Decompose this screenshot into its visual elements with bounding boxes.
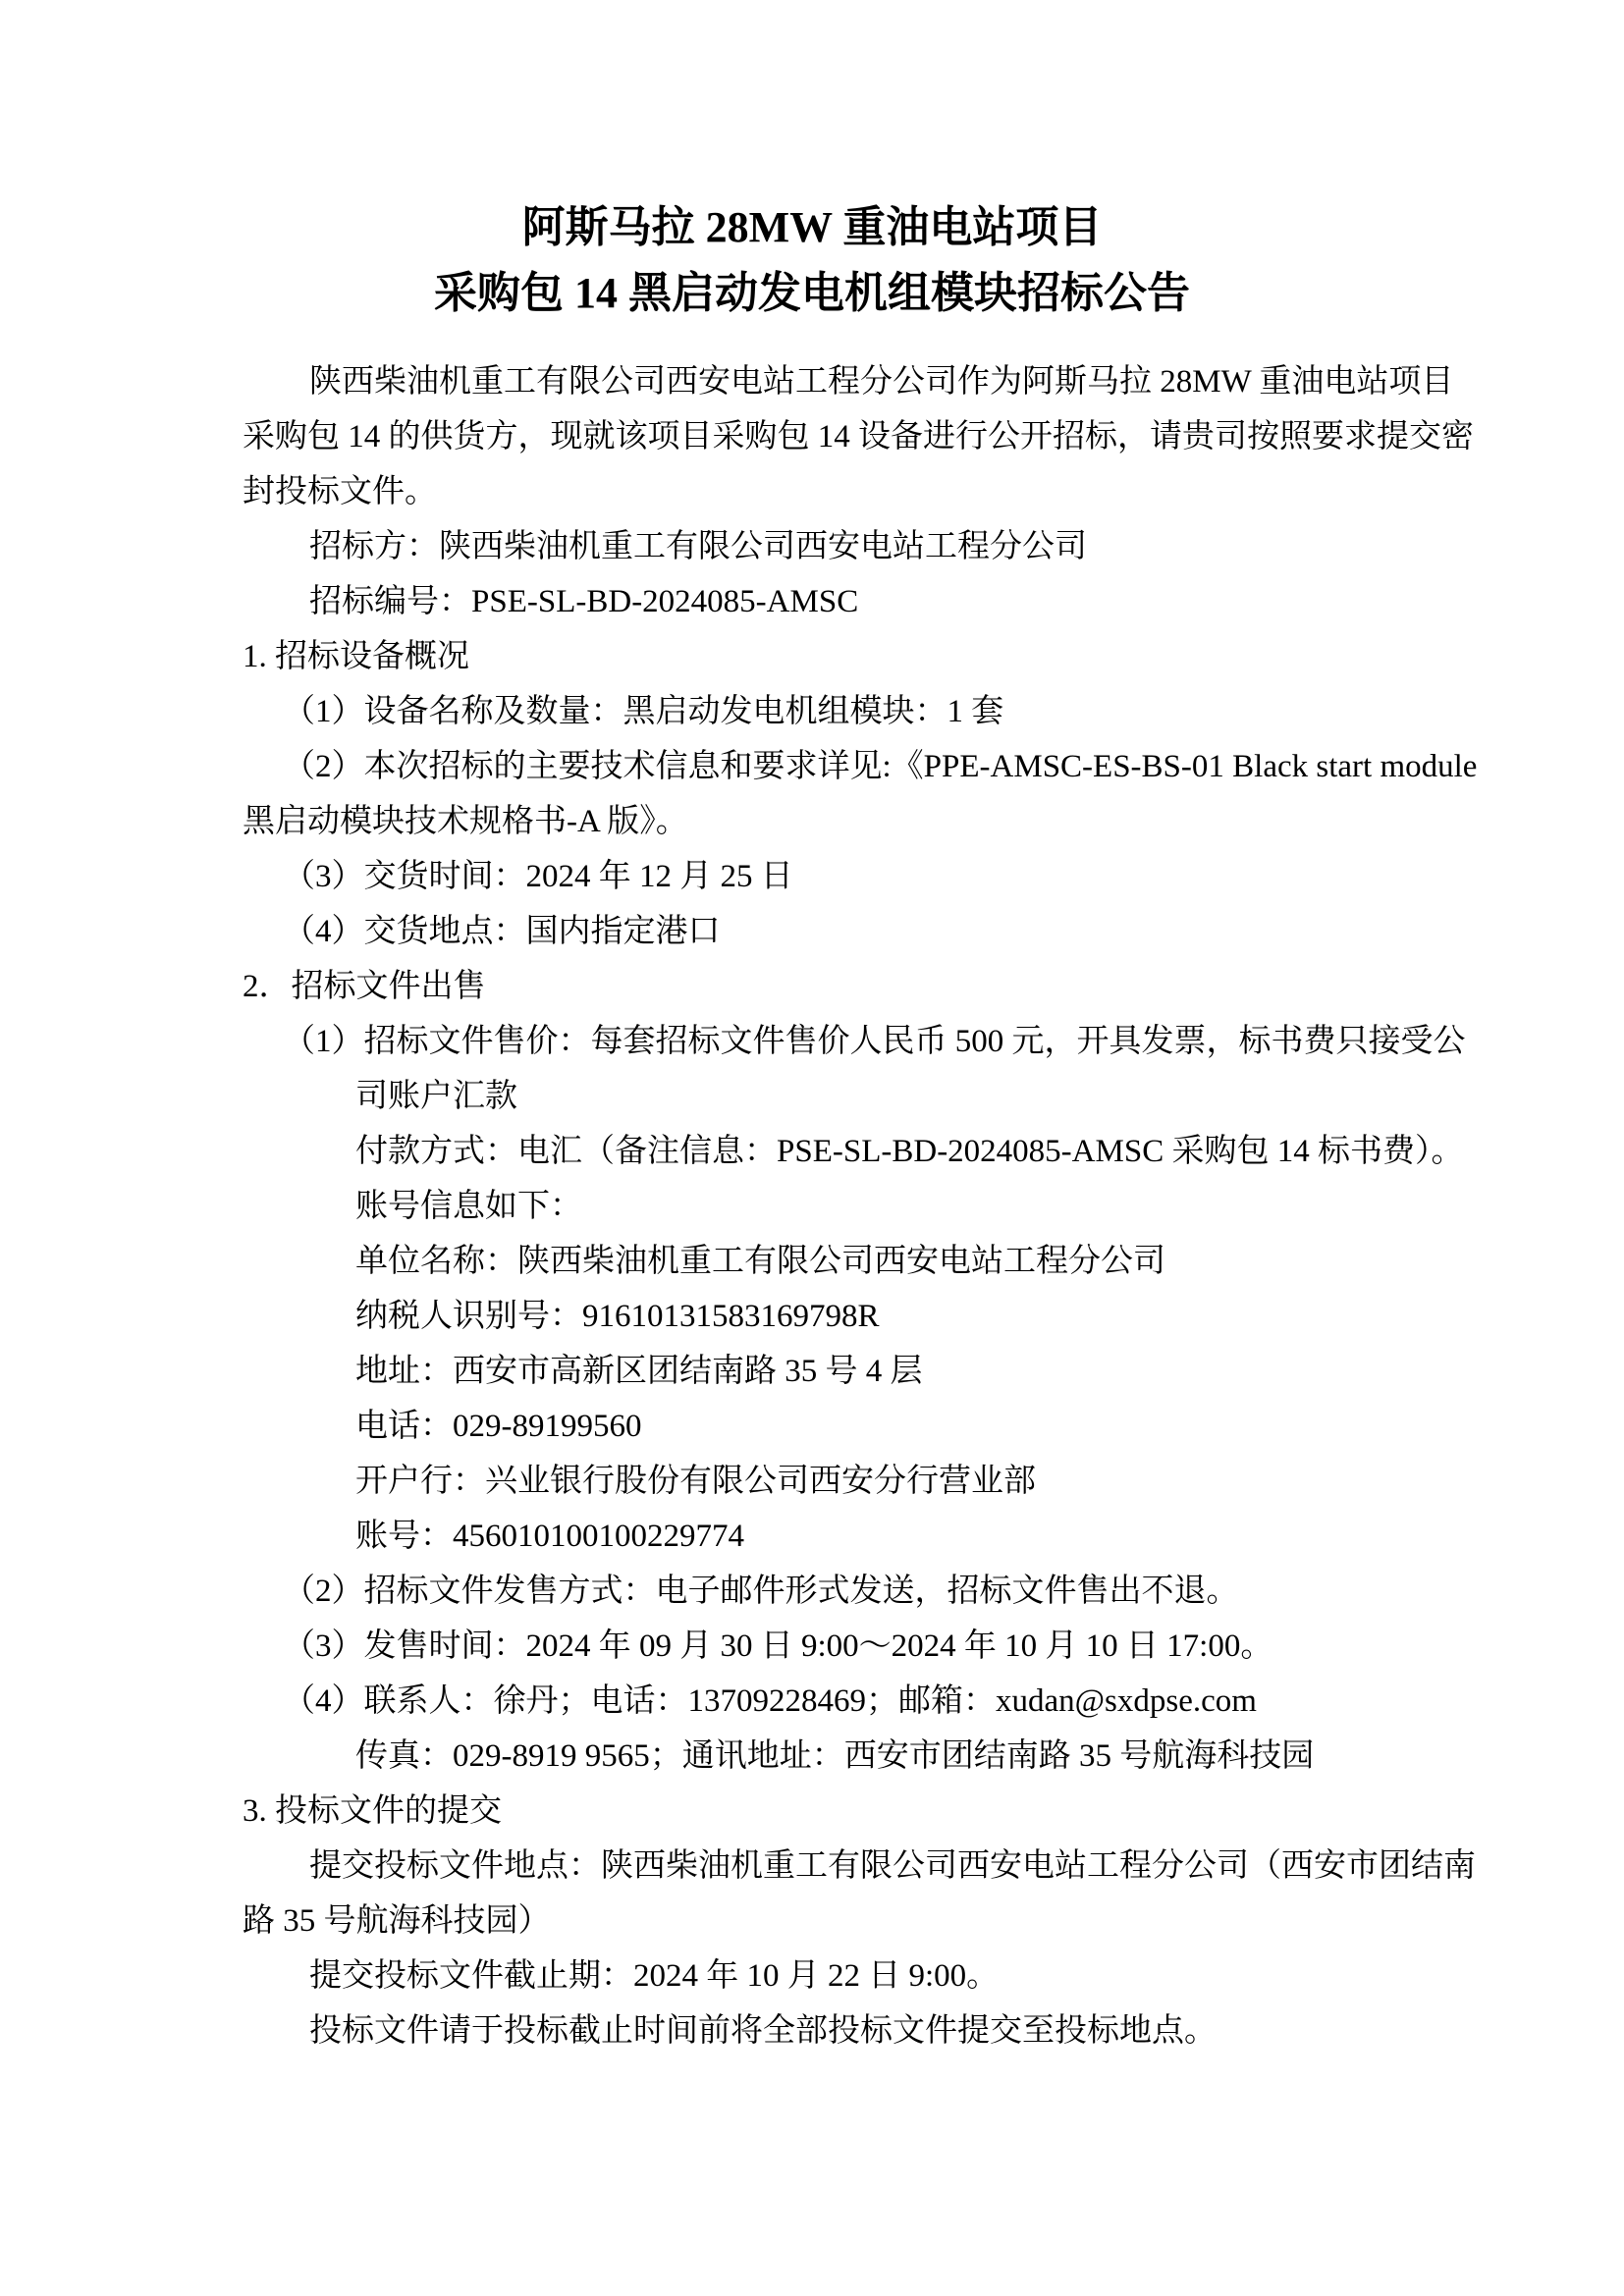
title-line-1: 阿斯马拉 28MW 重油电站项目: [0, 194, 1624, 260]
document-line: 2．招标文件出售: [243, 959, 1477, 1014]
document-line: 黑启动模块技术规格书-A 版》。: [243, 794, 1477, 849]
document-line: （2）招标文件发售方式：电子邮件形式发送，招标文件售出不退。: [243, 1564, 1477, 1619]
document-line: 陕西柴油机重工有限公司西安电站工程分公司作为阿斯马拉 28MW 重油电站项目: [243, 354, 1477, 409]
document-line: 提交投标文件截止期：2024 年 10 月 22 日 9:00。: [243, 1949, 1477, 2003]
document-line: 1. 招标设备概况: [243, 629, 1477, 684]
document-line: 提交投标文件地点：陕西柴油机重工有限公司西安电站工程分公司（西安市团结南: [243, 1839, 1477, 1894]
document-body: 陕西柴油机重工有限公司西安电站工程分公司作为阿斯马拉 28MW 重油电站项目采购…: [243, 354, 1477, 2058]
document-line: （3）发售时间：2024 年 09 月 30 日 9:00～2024 年 10 …: [243, 1619, 1477, 1674]
document-line: 账号：456010100100229774: [243, 1509, 1477, 1564]
document-line: 投标文件请于投标截止时间前将全部投标文件提交至投标地点。: [243, 2003, 1477, 2058]
document-line: 传真：029-8919 9565；通讯地址：西安市团结南路 35 号航海科技园: [243, 1729, 1477, 1784]
document-line: 采购包 14 的供货方，现就该项目采购包 14 设备进行公开招标，请贵司按照要求…: [243, 409, 1477, 464]
document-line: 电话：029-89199560: [243, 1399, 1477, 1454]
document-line: （3）交货时间：2024 年 12 月 25 日: [243, 849, 1477, 904]
document-line: （1）设备名称及数量：黑启动发电机组模块：1 套: [243, 684, 1477, 739]
document-page: 阿斯马拉 28MW 重油电站项目 采购包 14 黑启动发电机组模块招标公告 陕西…: [0, 0, 1624, 2296]
document-line: 路 35 号航海科技园）: [243, 1894, 1477, 1949]
document-line: （4）联系人：徐丹；电话：13709228469；邮箱：xudan@sxdpse…: [243, 1674, 1477, 1729]
document-title: 阿斯马拉 28MW 重油电站项目 采购包 14 黑启动发电机组模块招标公告: [0, 0, 1624, 326]
document-line: 账号信息如下：: [243, 1179, 1477, 1234]
title-line-2: 采购包 14 黑启动发电机组模块招标公告: [0, 260, 1624, 326]
document-line: 地址：西安市高新区团结南路 35 号 4 层: [243, 1344, 1477, 1399]
document-line: 司账户汇款: [243, 1069, 1477, 1124]
document-line: 开户行：兴业银行股份有限公司西安分行营业部: [243, 1454, 1477, 1509]
document-line: 招标方：陕西柴油机重工有限公司西安电站工程分公司: [243, 519, 1477, 574]
document-line: （4）交货地点：国内指定港口: [243, 904, 1477, 959]
document-line: 3. 投标文件的提交: [243, 1784, 1477, 1839]
document-line: 单位名称：陕西柴油机重工有限公司西安电站工程分公司: [243, 1234, 1477, 1289]
document-line: （2）本次招标的主要技术信息和要求详见:《PPE-AMSC-ES-BS-01 B…: [243, 739, 1477, 794]
document-line: 纳税人识别号：91610131583169798R: [243, 1289, 1477, 1344]
document-line: 封投标文件。: [243, 464, 1477, 519]
document-line: 招标编号：PSE-SL-BD-2024085-AMSC: [243, 574, 1477, 629]
document-line: 付款方式：电汇（备注信息：PSE-SL-BD-2024085-AMSC 采购包 …: [243, 1124, 1477, 1179]
document-line: （1）招标文件售价：每套招标文件售价人民币 500 元，开具发票，标书费只接受公: [243, 1014, 1477, 1069]
